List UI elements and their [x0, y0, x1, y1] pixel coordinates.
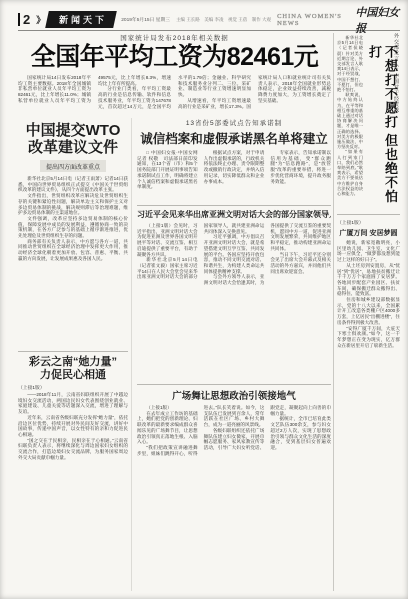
headline-line: 力促民心相通 — [18, 369, 128, 382]
paragraph: 专家表示，告知承诺制以信用为基础，变“群众跑腿”为“信息跑路”，是“放管服”改革… — [270, 150, 331, 184]
article-body: 她说，新家宽敞明亮，小区里幼儿园、卫生室、文化广场一应俱全，“做梦都没想到能过上… — [337, 240, 400, 592]
page-header: 2 》 新闻天下 2019年5月15日 星期三 主编 王长路 美编 李凌 视觉 … — [18, 9, 400, 31]
paragraph: 当日下午，习近平还分别会见了出席大会开幕式及相关活动的外方嘉宾，并同他们共同出席… — [270, 252, 331, 275]
paragraph: “如果有人打到家门口，我们必然奉陪到底。”耿爽表示，希望美方不要低估中方维护自身… — [337, 149, 363, 196]
article-yunnan: 彩云之南“她力量” 力促民心相通 （上接1版） ——2018年11月，云南省妇联… — [18, 356, 128, 580]
paragraph: “国之交在于民相亲，民相亲在于心相通。”云南省妇联负责人表示，将继续深化与周边国… — [18, 438, 128, 461]
article-integrity: 13省份5部委试点告知承诺制 诚信档案和虚假承诺黑名单将建立 □ 中国妇女报·中… — [137, 118, 331, 202]
section-divider — [137, 205, 331, 206]
article-headline: 诚信档案和虚假承诺黑名单将建立 — [137, 129, 331, 147]
article-body: 新华社北京5月14日电（记者王雨萧）记者14日获悉，中国向世界贸易组织正式提交《… — [18, 176, 128, 348]
headline-line: 改革建议文件 — [18, 139, 128, 156]
paragraph: “安得广厦千万间，大庇天下寒士俱欢颜。”如今，这一千年梦想正在变为现实，亿万群众… — [337, 326, 400, 349]
center-column: 13省份5部委试点告知承诺制 诚信档案和虚假承诺黑名单将建立 □ 中国妇女报·中… — [137, 118, 331, 591]
paragraph: 根据试点方案，对于申请人作出虚假承诺的，行政机关将依法终止办理、责令限期整改或撤… — [204, 150, 265, 184]
column-divider — [131, 118, 132, 591]
paragraph: 近年来，云南省各级妇联充分发挥“她力量”，依托沿边区位优势，持续开展对外民间友好… — [18, 415, 128, 438]
paragraph: 新华社北京5月14日电（记者侯晓晨）针对美方近期言论，外交部发言人耿爽14日表示… — [337, 35, 363, 92]
left-column: 中国提交WTO 改革建议文件 提出四方面改革重点 新华社北京5月14日电（记者王… — [18, 118, 128, 591]
article-headline: 彩云之南“她力量” 力促民心相通 — [18, 356, 128, 382]
article-body: 新华社北京5月14日电（记者侯晓晨）针对美方近期言论，外交部发言人耿爽14日表示… — [337, 35, 363, 211]
article-salary: 国家统计局发布2018年相关数据 全国年平均工资为82461元 国家统计局14日… — [18, 33, 331, 116]
article-headline: 中国提交WTO 改革建议文件 — [18, 122, 128, 156]
headline-line: 中国提交WTO — [18, 122, 128, 139]
paragraph: （上接1版）会见时，习近平指出，亚洲文明对话大会为促进亚洲及世界各国文明开展平等… — [137, 223, 198, 257]
chevron-icon: 》 — [36, 13, 45, 26]
article-kicker: 13省份5部委试点告知承诺制 — [137, 118, 331, 127]
continued-marker: （上接1版） — [146, 405, 172, 410]
paragraph: 文件指出，世贸组织改革应解决危及世贸组织生存的关键和紧迫性问题，解决单边主义和保… — [18, 193, 128, 216]
paragraph: 习近平强调，中方倡议召开亚洲文明对话大会，就是希望搭建文明互学互鉴、共同发展的平… — [204, 234, 265, 274]
paragraph: 在去年成立工作坊的基础上，她们把党的创新理论、妇联改革的最新要求编成群众喜闻乐见… — [137, 411, 198, 445]
article-wto: 中国提交WTO 改革建议文件 提出四方面改革重点 新华社北京5月14日电（记者王… — [18, 122, 128, 348]
continued-marker: （上接1版） — [18, 384, 128, 391]
newspaper-page: 2 》 新闻天下 2019年5月15日 星期三 主编 王长路 美编 李凌 视觉 … — [0, 0, 408, 599]
paragraph: 住房和城乡建设部数据显示，党的十八大以来，全国累计开工改造各类棚户区4000多万… — [337, 297, 400, 326]
paragraph: 文件强调，改革应坚持多边贸易体制的核心价值，保障发展中成员的发展利益，遵循协商一… — [18, 216, 128, 239]
staff-line: 主编 王长路 美编 李凌 视觉 王蓓 制作 大观 — [176, 17, 271, 23]
paragraph: 她说，新家宽敞明亮，小区里幼儿园、卫生室、文化广场一应俱全，“做梦都没想到能过上… — [337, 240, 400, 263]
paragraph: 耿爽说，中方始终认为，在平等和相互尊重的基础上通过对话协商解决问题，才是唯一正确… — [337, 92, 363, 149]
article-housing: （上接1版） 广厦万间 安居梦圆 她说，新家宽敞明亮，小区里幼儿园、卫生室、文化… — [337, 219, 400, 592]
continued-marker: （上接1版） — [337, 219, 400, 226]
paragraph: 商务部有关负责人表示，中方愿与各方一道，共同推动世贸组织在全球经济治理中发挥更大… — [18, 239, 128, 262]
article-body: （上接1版）会见时，习近平指出，亚洲文明对话大会为促进亚洲及世界各国文明开展平等… — [137, 223, 331, 381]
right-column: 新华社北京5月14日电（记者侯晓晨）针对美方近期言论，外交部发言人耿爽14日表示… — [337, 33, 400, 591]
article-kicker: 国家统计局发布2018年相关数据 — [18, 33, 331, 42]
article-kicker-vertical: 外交部发言人：中国对于经贸战 — [393, 33, 400, 117]
section-divider — [337, 214, 400, 215]
article-body: （上接1版） 在去年成立工作坊的基础上，她们把党的创新理论、妇联改革的最新要求编… — [137, 405, 331, 591]
article-body: □ 中国妇女报·中国女网记者 权敬 司法部日前印发通知，在13个省（市）和5个国… — [137, 150, 331, 202]
article-body: 国家统计局14日发布2018年平均工资主要数据。2018年全国城镇非私营单位就业… — [18, 75, 331, 116]
masthead-chinese: 中国妇女报 — [355, 4, 400, 36]
article-trade: 新华社北京5月14日电（记者侯晓晨）针对美方近期言论，外交部发言人耿爽14日表示… — [337, 33, 400, 211]
masthead: CHINA WOMEN'S NEWS 中国妇女报 — [277, 4, 400, 36]
section-title: 新闻天下 — [59, 13, 107, 26]
page-number: 2 — [18, 13, 30, 26]
headline-line: 彩云之南“她力量” — [18, 356, 128, 369]
article-square-dance: 广场舞让思想政治引领接地气 （上接1版） 在去年成立工作坊的基础上，她们把党的创… — [137, 388, 331, 591]
article-headline: 广场舞让思想政治引领接地气 — [137, 388, 331, 402]
paragraph: 据统计，全市已培育此类文艺队伍300余支，参与妇女超过2万人次，实现了思想政治引… — [270, 416, 331, 450]
column-divider — [333, 33, 334, 591]
article-headline: 习近平会见来华出席亚洲文明对话大会的部分国家领导人 — [137, 209, 331, 220]
paragraph: □ 中国妇女报·中国女网记者 权敬 司法部日前印发通知，在13个省（市）和5个国… — [137, 150, 198, 190]
masthead-english: CHINA WOMEN'S NEWS — [277, 13, 350, 27]
article-subhead: 提出四方面改革重点 — [40, 160, 106, 172]
article-headline: 广厦万间 安居梦圆 — [337, 228, 400, 238]
paragraph: 从土坯房到安置房，从“忧居”到“优居”，易地扶贫搬迁让千千万万个家庭圆了安居梦。… — [337, 263, 400, 297]
section-divider — [18, 351, 128, 352]
article-body: ——2018年11月，云南省妇联组织开展了中越边境妇女交流活动，两国边民妇女代表… — [18, 392, 128, 580]
article-xi-meeting: 习近平会见来华出席亚洲文明对话大会的部分国家领导人 （上接1版）会见时，习近平指… — [137, 209, 331, 381]
section-badge: 新闻天下 — [45, 11, 117, 28]
section-divider — [137, 384, 331, 385]
paragraph: ——2018年11月，云南省妇联组织开展了中越边境妇女交流活动，两国边民妇女代表… — [18, 392, 128, 415]
paragraph: 新华社北京5月14日电（记者王雨萧）记者14日获悉，中国向世界贸易组织正式提交《… — [18, 176, 128, 193]
date-line: 2019年5月15日 星期三 — [121, 16, 170, 23]
article-headline: 全国年平均工资为82461元 — [18, 43, 331, 72]
